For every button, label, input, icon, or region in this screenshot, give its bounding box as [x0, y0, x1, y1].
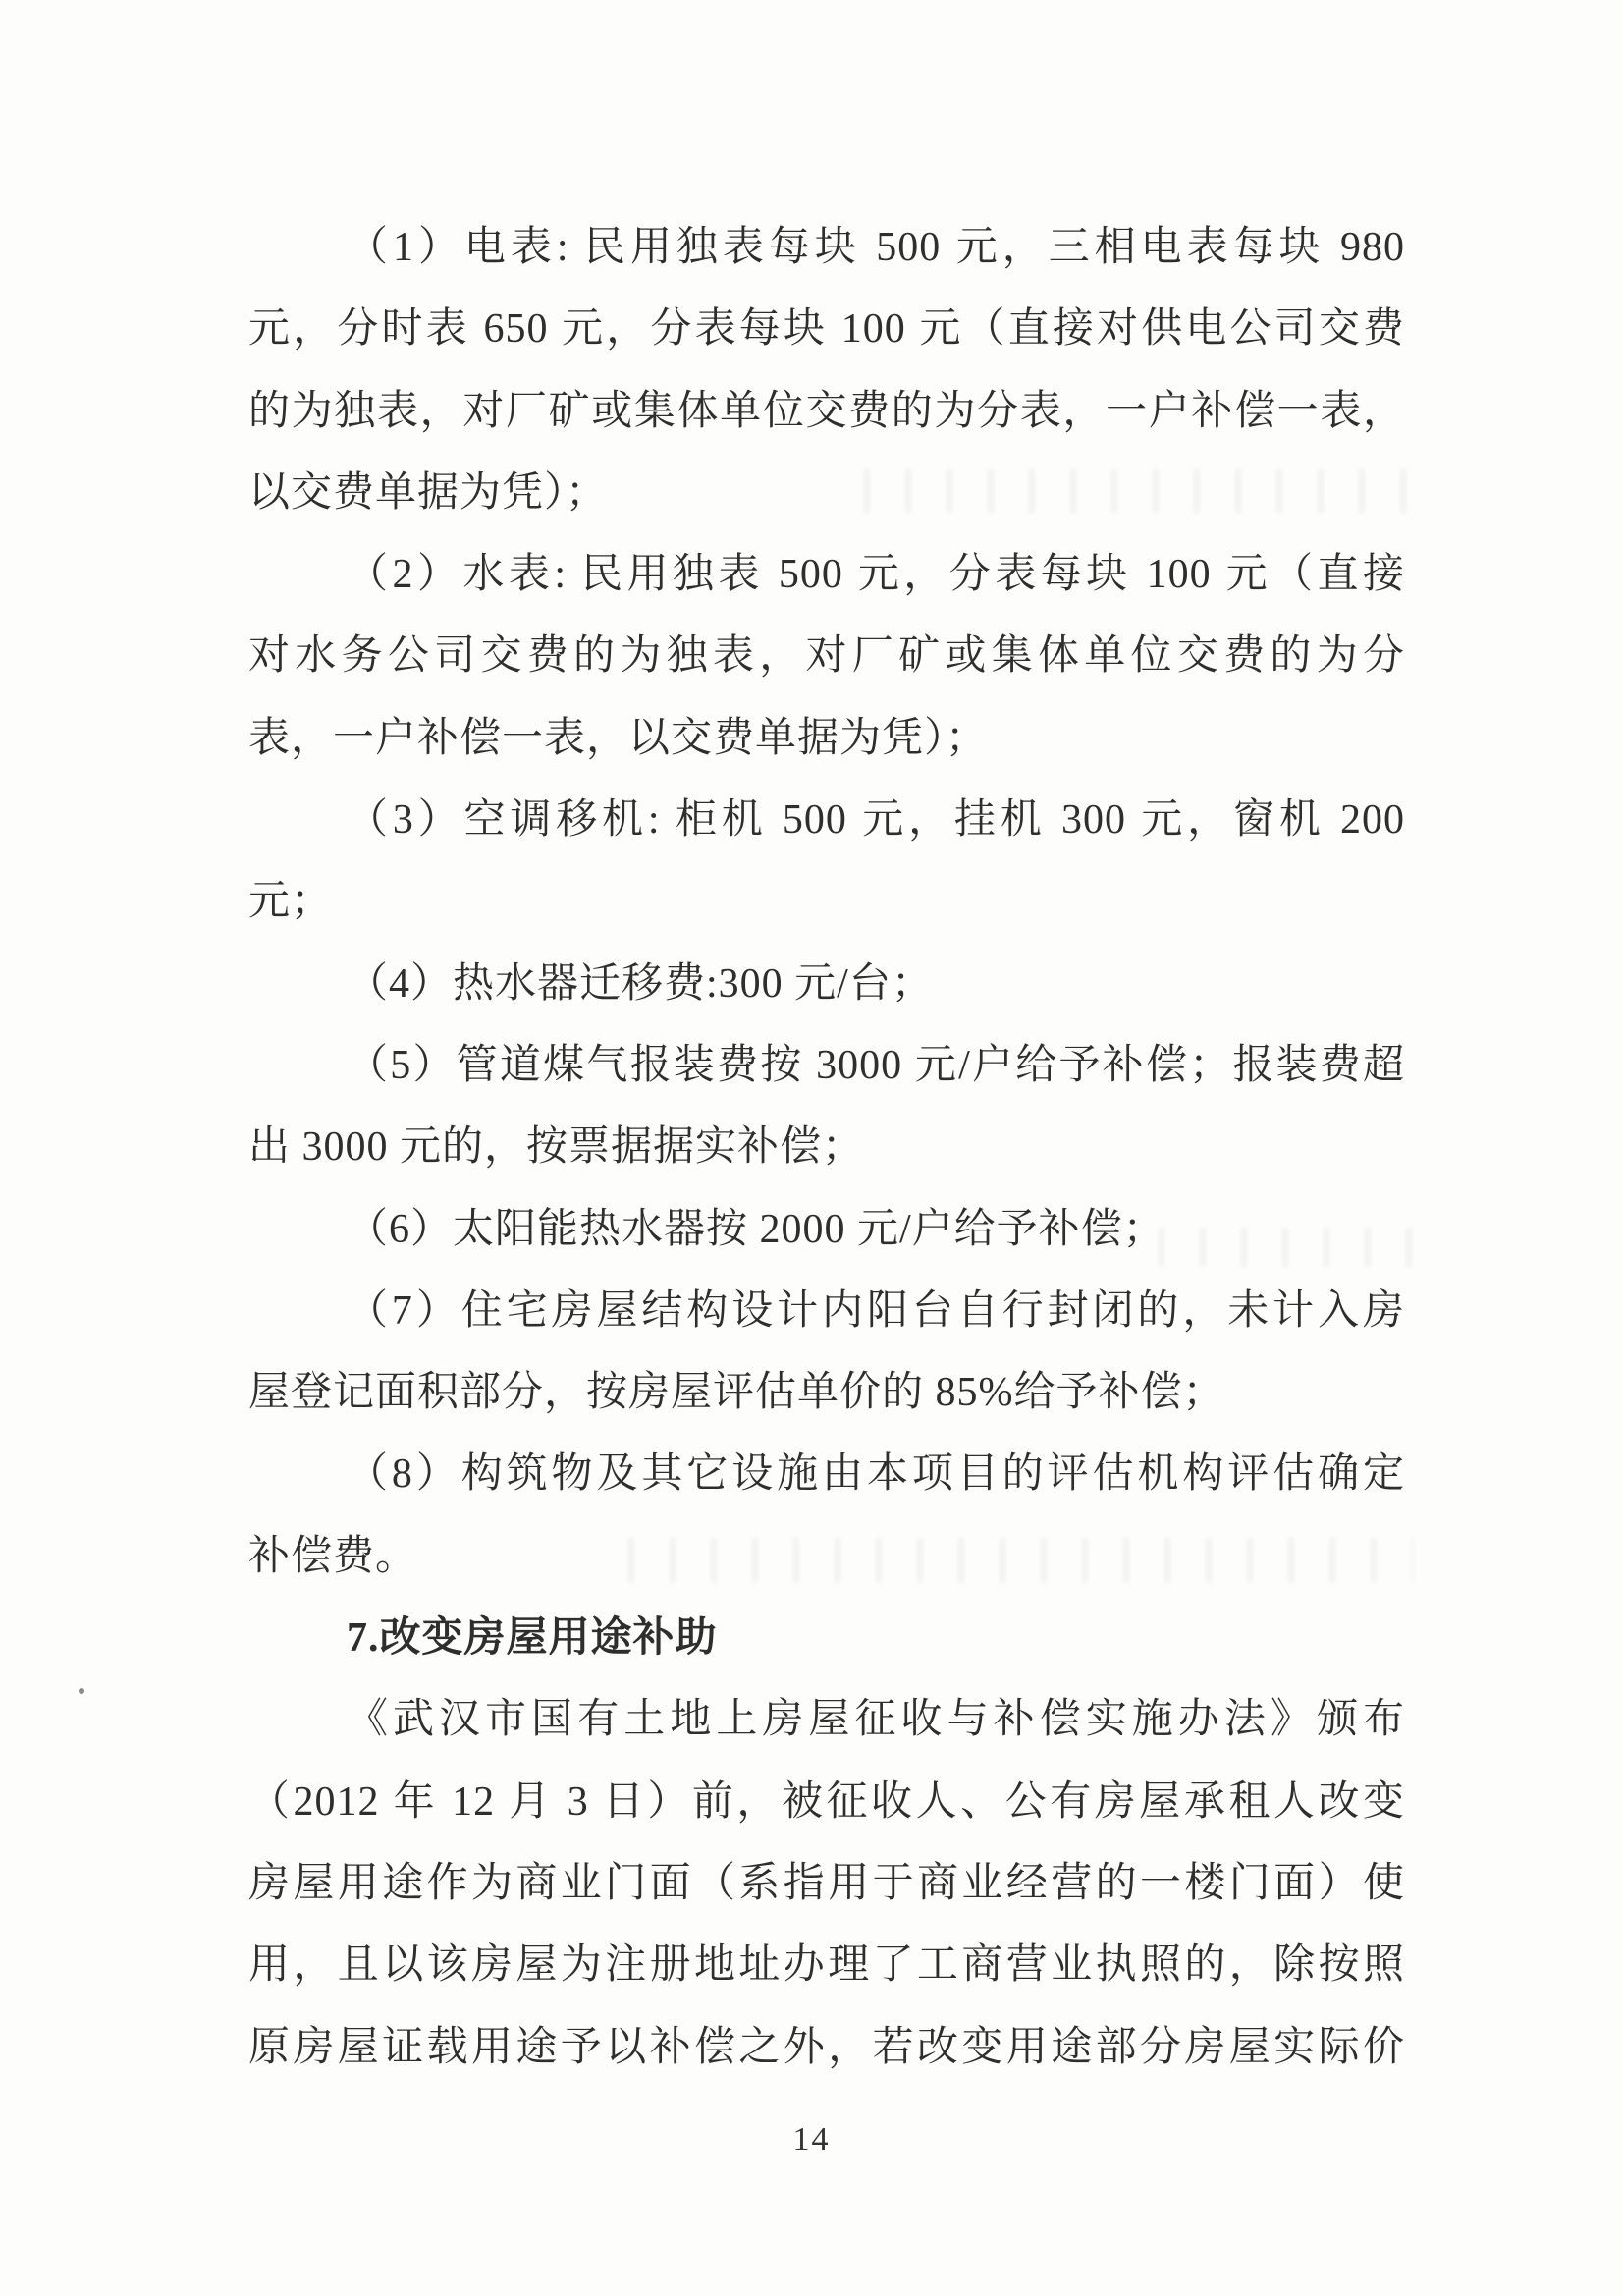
- document-body: （1）电表: 民用独表每块 500 元，三相电表每块 980 元，分时表 650…: [248, 207, 1405, 2089]
- text-line: （8）构筑物及其它设施由本项目的评估机构评估确定: [248, 1434, 1405, 1515]
- text-line: 用，且以该房屋为注册地址办理了工商营业执照的，除按照: [248, 1925, 1405, 2006]
- text-line: （1）电表: 民用独表每块 500 元，三相电表每块 980: [248, 207, 1405, 289]
- text-line: 对水务公司交费的为独表，对厂矿或集体单位交费的为分: [248, 616, 1405, 697]
- text-line: （7）住宅房屋结构设计内阳台自行封闭的，未计入房: [248, 1271, 1405, 1352]
- text-line: 元；: [248, 861, 1405, 943]
- text-line: 补偿费。: [248, 1516, 1405, 1598]
- text-line: 以交费单据为凭）；: [248, 453, 1405, 534]
- text-line: 的为独表，对厂矿或集体单位交费的为分表，一户补偿一表，: [248, 371, 1405, 453]
- text-line: 表，一户补偿一表，以交费单据为凭）；: [248, 698, 1405, 780]
- scan-speck-artifact: [79, 1688, 84, 1694]
- text-line: （4）热水器迁移费:300 元/台；: [248, 944, 1405, 1025]
- text-line: 《武汉市国有土地上房屋征收与补偿实施办法》颁布: [248, 1679, 1405, 1761]
- text-line: （2）水表: 民用独表 500 元，分表每块 100 元（直接: [248, 534, 1405, 616]
- text-line: （2012 年 12 月 3 日）前，被征收人、公有房屋承租人改变: [248, 1762, 1405, 1843]
- text-line: （5）管道煤气报装费按 3000 元/户给予补偿；报装费超: [248, 1025, 1405, 1107]
- section-heading: 7.改变房屋用途补助: [248, 1598, 1405, 1679]
- page-number: 14: [0, 2121, 1623, 2159]
- scanned-document-page: （1）电表: 民用独表每块 500 元，三相电表每块 980 元，分时表 650…: [0, 0, 1623, 2296]
- text-line: （6）太阳能热水器按 2000 元/户给予补偿；: [248, 1189, 1405, 1271]
- text-line: （3）空调移机: 柜机 500 元，挂机 300 元，窗机 200: [248, 780, 1405, 861]
- text-line: 原房屋证载用途予以补偿之外，若改变用途部分房屋实际价: [248, 2007, 1405, 2089]
- text-line: 元，分时表 650 元，分表每块 100 元（直接对供电公司交费: [248, 289, 1405, 370]
- text-line: 房屋用途作为商业门面（系指用于商业经营的一楼门面）使: [248, 1843, 1405, 1925]
- text-line: 出 3000 元的，按票据据实补偿；: [248, 1107, 1405, 1188]
- text-line: 屋登记面积部分，按房屋评估单价的 85%给予补偿；: [248, 1352, 1405, 1434]
